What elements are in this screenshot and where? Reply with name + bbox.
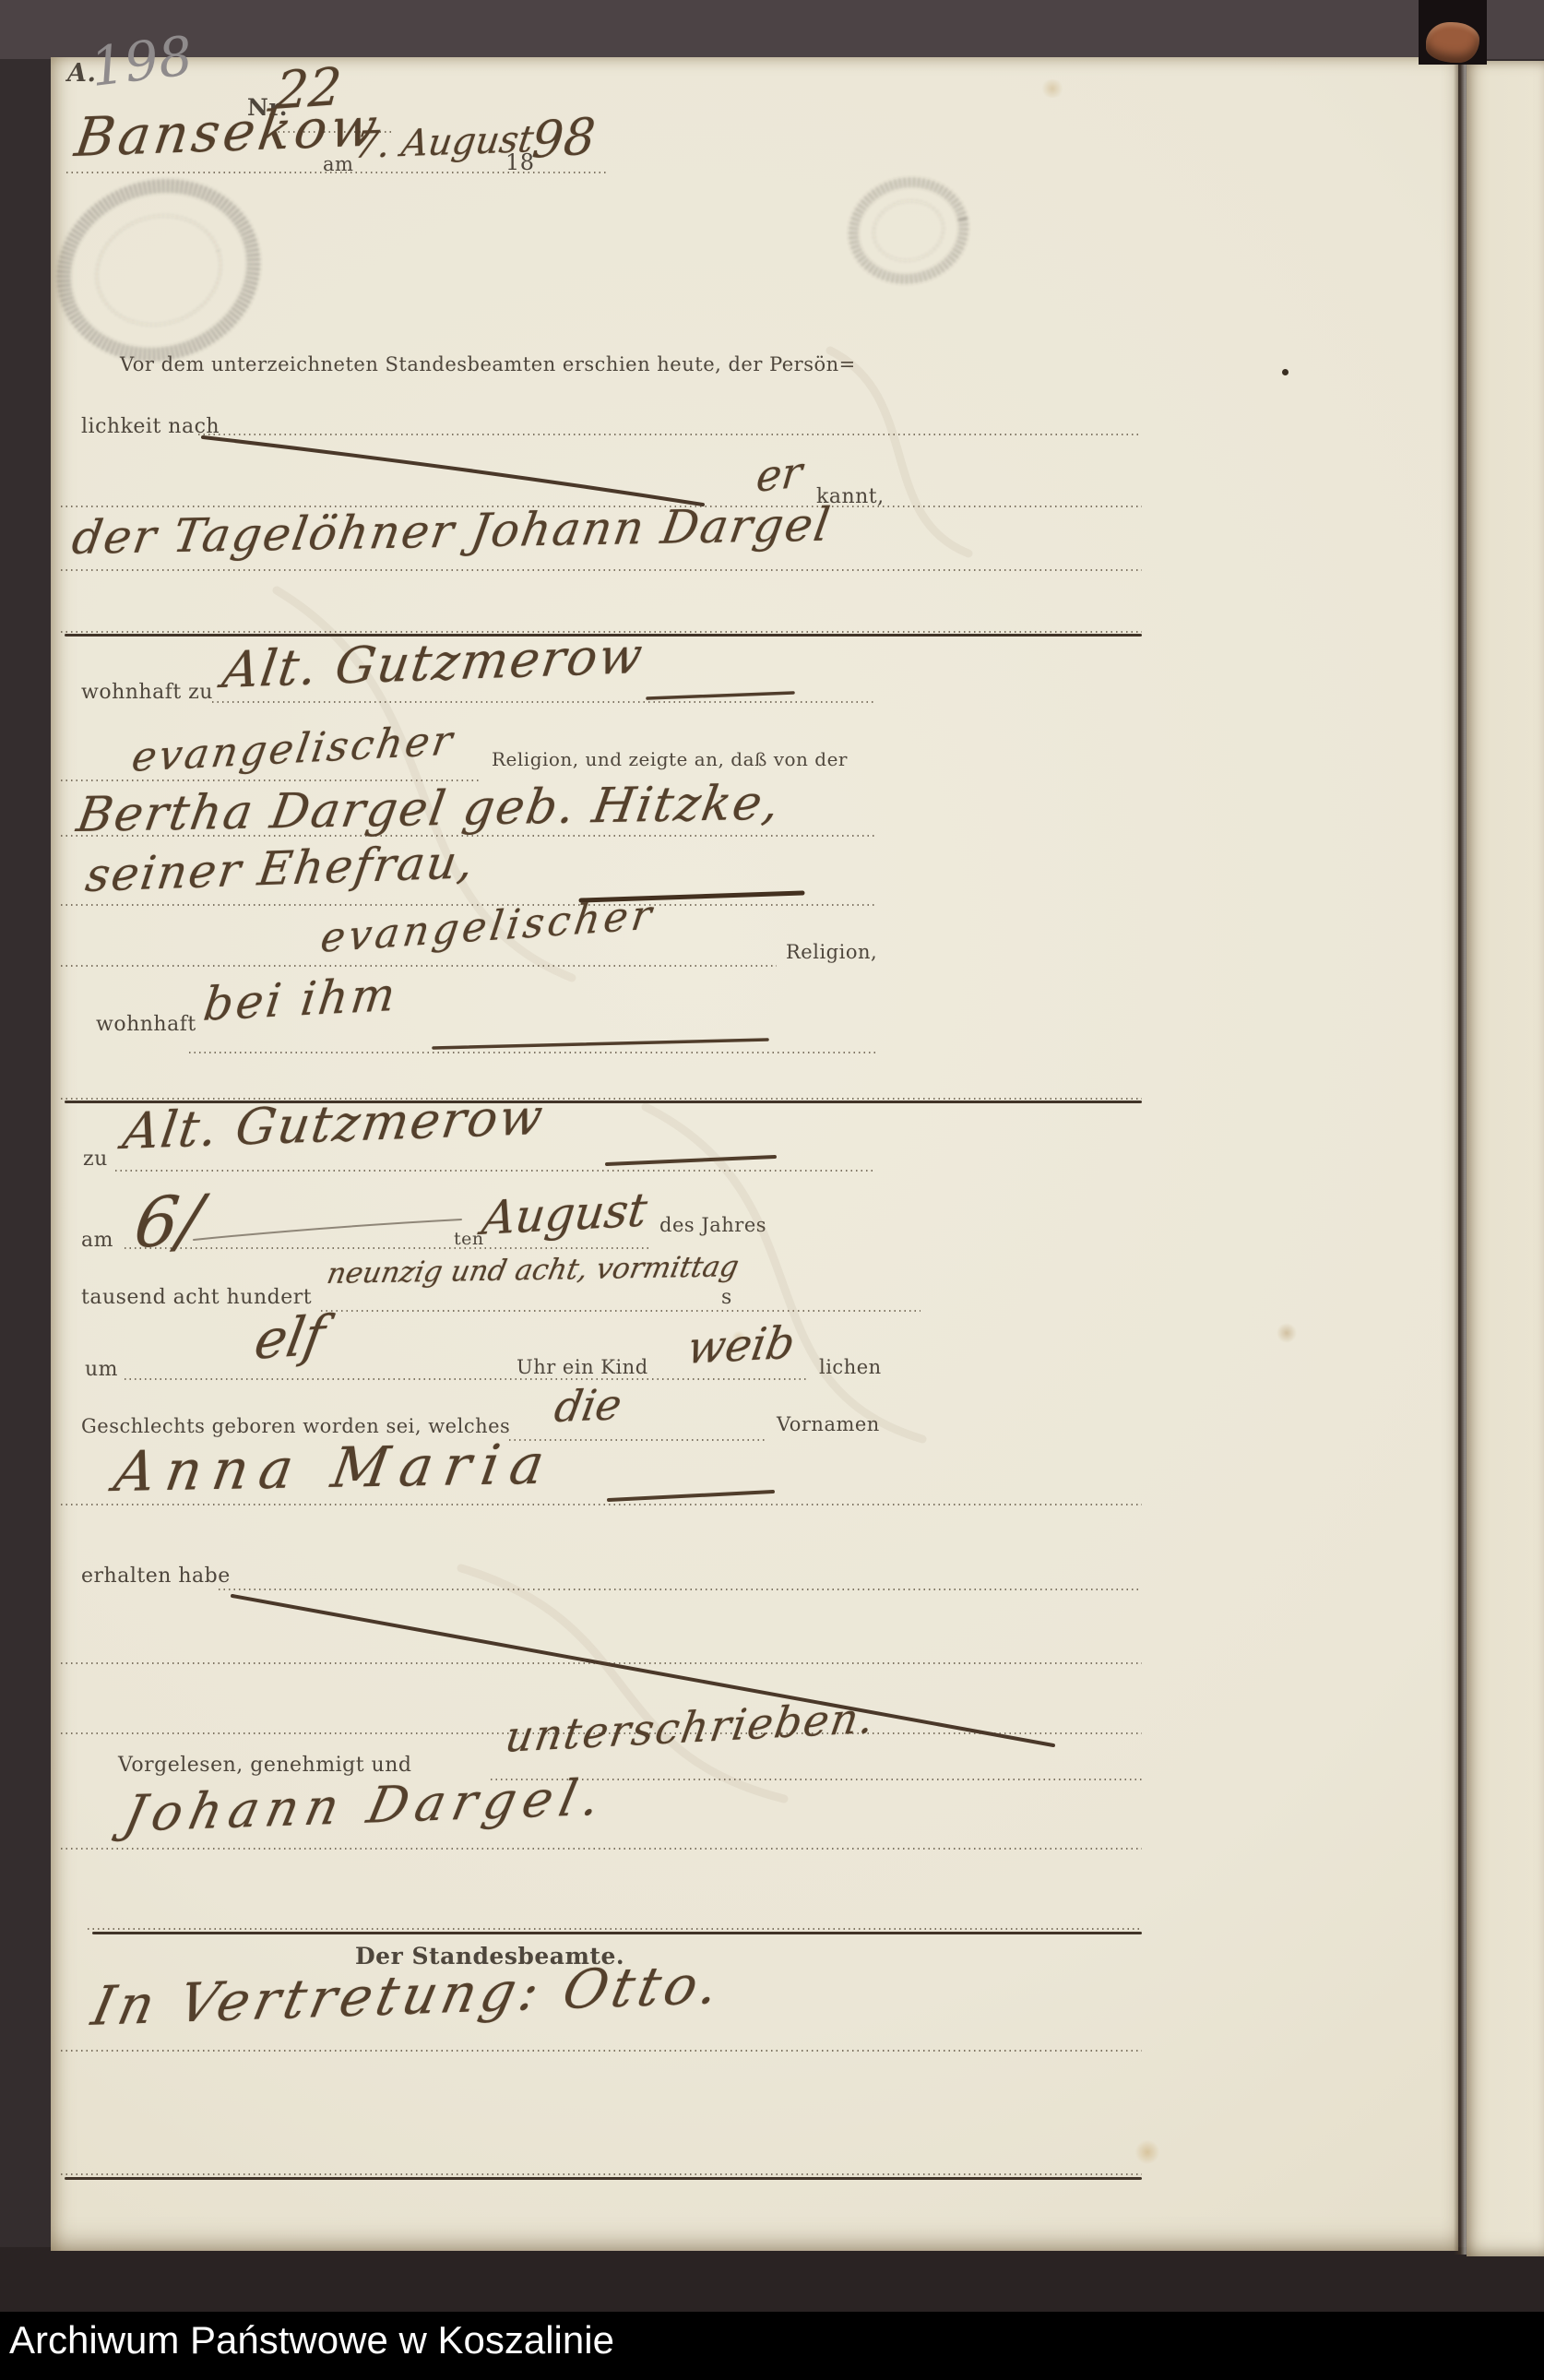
form-line xyxy=(115,1170,876,1172)
form-rule xyxy=(92,1932,1142,1934)
lichen-label: lichen xyxy=(819,1358,882,1377)
am2-label: am xyxy=(81,1231,113,1251)
sex-entry: weib xyxy=(684,1320,798,1371)
form-line xyxy=(61,1662,1142,1664)
binding-leather xyxy=(1426,22,1479,63)
declarant-entry: der Tagelöhner Johann Dargel xyxy=(69,502,835,561)
wohnhaft-zu-label: wohnhaft zu xyxy=(81,683,213,703)
form-rule xyxy=(65,2177,1142,2180)
year-words-entry: neunzig und acht, vormittag xyxy=(325,1253,741,1289)
wohnhaft-entry: bei ihm xyxy=(201,971,400,1028)
birth-day-entry: 6/ xyxy=(131,1186,206,1258)
intro-line: Vor dem unterzeichneten Standesbeamten e… xyxy=(120,355,856,375)
tausend-label: tausend acht hundert xyxy=(81,1288,312,1308)
paper-speck xyxy=(1282,369,1289,375)
form-line xyxy=(61,569,1142,571)
form-line xyxy=(61,1504,1142,1505)
background-bottom-strip xyxy=(0,2247,1544,2321)
form-line xyxy=(189,1052,876,1053)
paper-stain xyxy=(1134,2140,1160,2164)
birth-month-entry: August xyxy=(480,1186,649,1242)
er-entry: er xyxy=(754,450,804,498)
place-entry: Bansekow xyxy=(72,100,384,164)
religion1-label: Religion, und zeigte an, daß von der xyxy=(492,750,848,768)
form-line xyxy=(198,434,1142,435)
erhalten-habe-label: erhalten habe xyxy=(81,1566,231,1587)
form-line xyxy=(212,701,876,703)
paper-stain xyxy=(1040,79,1064,98)
form-line xyxy=(125,1247,650,1249)
relation-entry: seiner Ehefrau, xyxy=(83,839,478,898)
form-line xyxy=(61,2173,1142,2175)
vorgelesen-label: Vorgelesen, genehmigt und xyxy=(118,1755,411,1776)
um-label: um xyxy=(85,1360,118,1380)
form-line xyxy=(61,965,777,967)
paper-stain xyxy=(1277,1323,1297,1343)
vornamen-label: Vornamen xyxy=(777,1415,880,1434)
zu-label: zu xyxy=(83,1149,108,1170)
year-entry: 98 xyxy=(530,112,597,166)
form-line xyxy=(321,1310,920,1312)
religion2-label: Religion, xyxy=(786,943,877,962)
next-page-edge xyxy=(1467,61,1544,2256)
des-jahres-label: des Jahres xyxy=(659,1216,766,1235)
form-line xyxy=(88,1928,1142,1930)
archive-footer-label: Archiwum Państwowe w Koszalinie xyxy=(9,2321,614,2360)
mother-entry: Bertha Dargel geb. Hitzke, xyxy=(74,779,784,839)
form-line xyxy=(61,2050,1142,2052)
form-line xyxy=(219,1589,1142,1590)
scanned-register-page: A. Nr. am 18 Vor dem unterzeichneten Sta… xyxy=(0,0,1544,2380)
wohnhaft-label: wohnhaft xyxy=(96,1015,196,1035)
birthplace-entry: Alt. Gutzmerow xyxy=(120,1092,547,1157)
intro-line2: lichkeit nach xyxy=(81,417,220,437)
die-entry: die xyxy=(552,1383,625,1428)
child-names-entry: Anna Maria xyxy=(111,1437,559,1500)
form-line xyxy=(125,1378,807,1380)
date-entry: 7. August xyxy=(352,121,536,164)
pencil-number: 198 xyxy=(88,29,196,94)
hour-entry: elf xyxy=(251,1308,329,1367)
uhr-ein-kind-label: Uhr ein Kind xyxy=(517,1358,648,1377)
background-top-strip xyxy=(0,0,1544,59)
residence-entry: Alt. Gutzmerow xyxy=(220,631,647,696)
mittags-s-label: s xyxy=(721,1288,732,1308)
form-line xyxy=(61,1848,1142,1850)
